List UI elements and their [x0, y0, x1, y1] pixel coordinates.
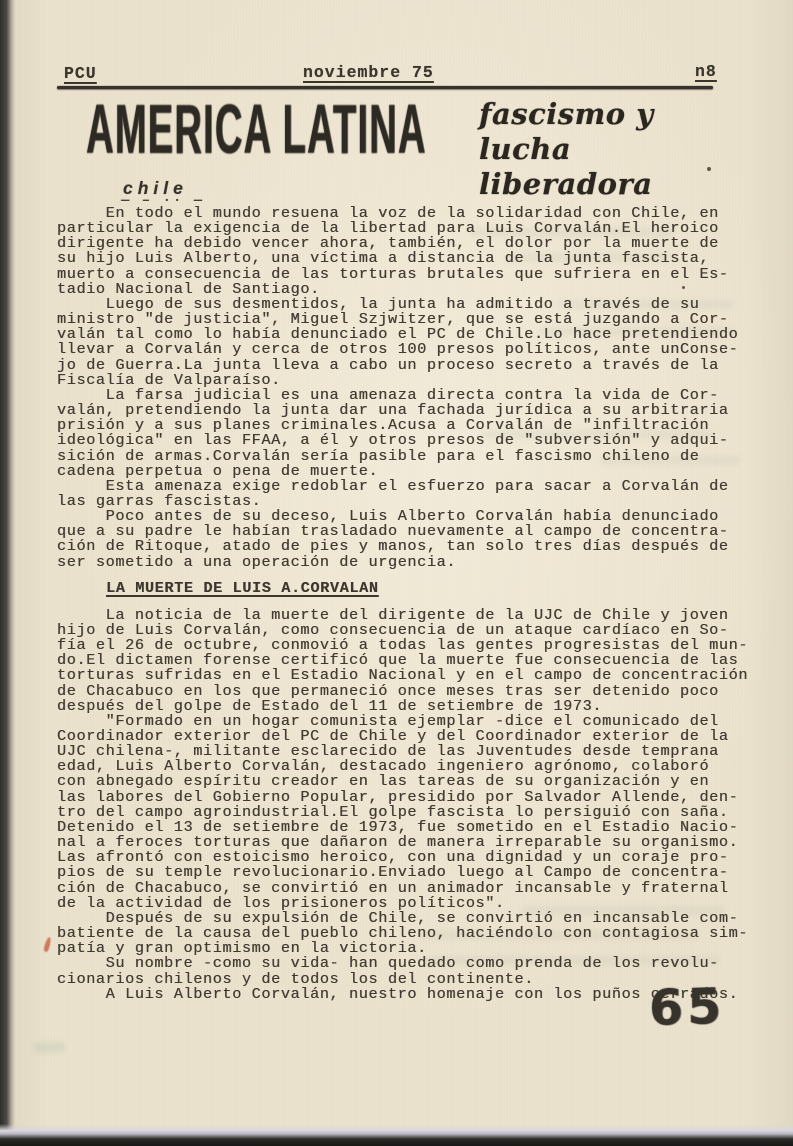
header-issue-number: n8 — [695, 62, 717, 81]
closing-paragraph-1: La noticia de la muerte del dirigente de… — [57, 608, 773, 714]
intro-paragraph-4: Esta amenaza exige redoblar el esfuerzo … — [57, 479, 773, 509]
margin-proof-mark — [43, 937, 52, 953]
article-body: En todo el mundo resuena la voz de la so… — [57, 206, 773, 1002]
masthead-subtitle: fascismo y lucha liberadora — [479, 97, 654, 202]
scanned-page: PCU noviembre 75 n8 AMERICA LATINA fasci… — [0, 0, 793, 1146]
article-subheading: LA MUERTE DE LUIS A.CORVALAN — [57, 579, 773, 597]
show-through-smudge — [33, 1042, 65, 1053]
header-date: noviembre 75 — [303, 63, 434, 82]
closing-paragraph-3: Después de su expulsión de Chile, se con… — [57, 911, 773, 956]
intro-paragraph-5: Poco antes de su deceso, Luis Alberto Co… — [57, 509, 773, 570]
article-subheading-text: LA MUERTE DE LUIS A.CORVALAN — [106, 579, 379, 597]
ink-speck — [707, 167, 711, 171]
header-publication: PCU — [64, 64, 97, 83]
masthead-subtitle-line: lucha — [479, 132, 654, 167]
intro-paragraph-1: En todo el mundo resuena la voz de la so… — [57, 206, 773, 297]
intro-paragraph-2: Luego de sus desmentidos, la junta ha ad… — [57, 297, 773, 388]
masthead-subtitle-line: fascismo y — [479, 97, 654, 132]
scan-edge-bottom — [0, 1124, 793, 1146]
scan-edge-left — [0, 0, 15, 1146]
masthead-subtitle-line: liberadora — [479, 167, 654, 202]
page-number-stamp: 65 — [649, 978, 726, 1037]
header-rule — [57, 86, 713, 89]
intro-paragraph-3: La farsa judicial es una amenaza directa… — [57, 388, 773, 479]
masthead-title: AMERICA LATINA — [86, 95, 427, 165]
closing-paragraph-2: "Formado en un hogar comunista ejemplar … — [57, 714, 773, 911]
